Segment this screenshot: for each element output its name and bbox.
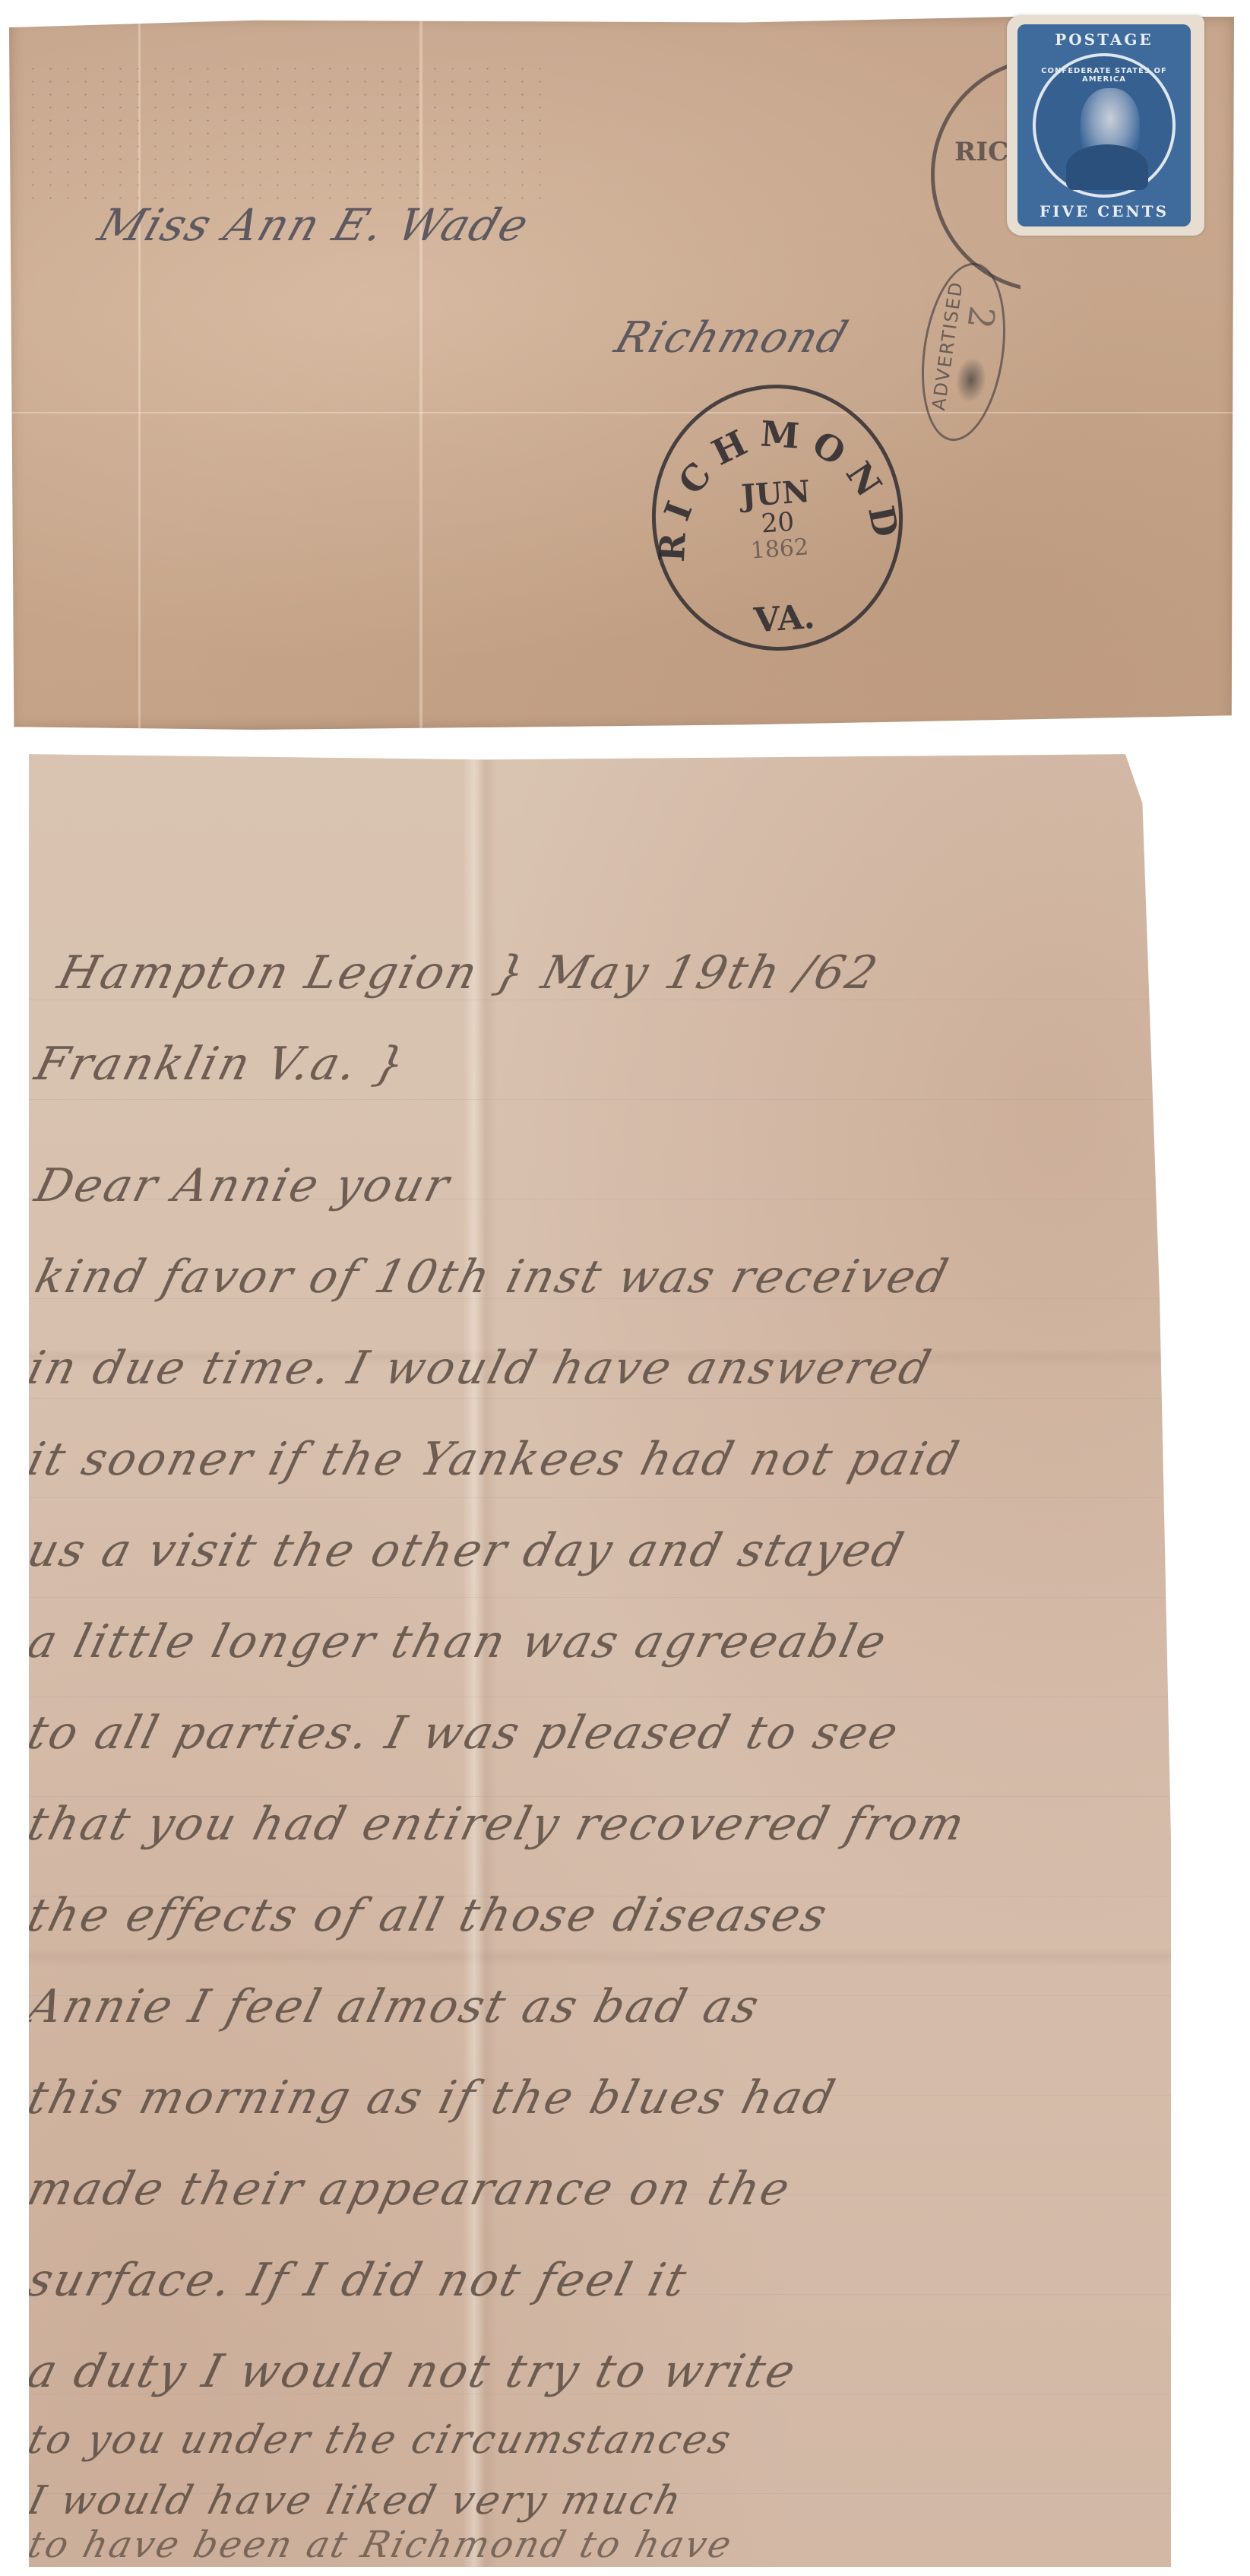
postage-stamp: POSTAGE CONFEDERATE STATES OF AMERICA FI… [1007,15,1204,236]
address-city: Richmond [609,313,854,363]
envelope-crease [138,17,141,730]
stamp-ring-text: CONFEDERATE STATES OF AMERICA [1036,67,1172,84]
letter-page: Hampton Legion } May 19th /62 Franklin V… [29,749,1171,2567]
letter-line: that you had entirely recovered from [22,1798,971,1851]
letter-line: to you under the circumstances [24,2417,738,2463]
letter-line: Annie I feel almost as bad as [22,1980,766,2033]
letter-line: I would have liked very much [24,2478,688,2524]
letter-line: Dear Annie your [30,1159,456,1212]
letter-line: made their appearance on the [22,2163,797,2216]
advertised-number: 2 [959,304,1003,332]
portrait-shoulders-icon [1066,144,1148,190]
letter-line: in due time. I would have answered [22,1342,938,1395]
partial-postmark-text: RICH [954,137,985,168]
letter-line: a duty I would not try to write [22,2345,802,2398]
ruled-lines [29,1000,1171,2552]
envelope-crease [419,17,422,730]
stamp-top-text: POSTAGE [1017,30,1191,49]
letter-line: the effects of all those diseases [22,1889,834,1942]
address-name: Miss Ann E. Wade [92,199,536,251]
letter-line: surface. If I did not feel it [22,2254,693,2307]
postmark-date: JUN 20 1862 [653,470,902,569]
letter-line: to all parties. I was pleased to see [22,1706,905,1760]
letter-line: Franklin V.a. } [30,1038,413,1091]
letter-line: a little longer than was agreeable [22,1615,893,1668]
richmond-postmark: RICHMOND VA. JUN 20 1862 [643,376,912,659]
letter-line: this morning as if the blues had [22,2071,842,2124]
stamp-oval-frame: CONFEDERATE STATES OF AMERICA [1033,53,1176,198]
svg-text:VA.: VA. [752,597,817,641]
ink-smudge [953,355,989,404]
stamp-value-text: FIVE CENTS [1017,202,1191,220]
letter-line: us a visit the other day and stayed [22,1524,910,1577]
ink-speckle [24,62,556,199]
letter-line: kind favor of 10th inst was received [30,1250,955,1304]
letter-line: it sooner if the Yankees had not paid [22,1433,966,1486]
stamp-design: POSTAGE CONFEDERATE STATES OF AMERICA FI… [1017,24,1191,227]
letter-line: Hampton Legion } May 19th /62 [52,946,884,1000]
envelope-crease [9,412,1234,413]
letter-line: to have been at Richmond to have [24,2524,738,2566]
